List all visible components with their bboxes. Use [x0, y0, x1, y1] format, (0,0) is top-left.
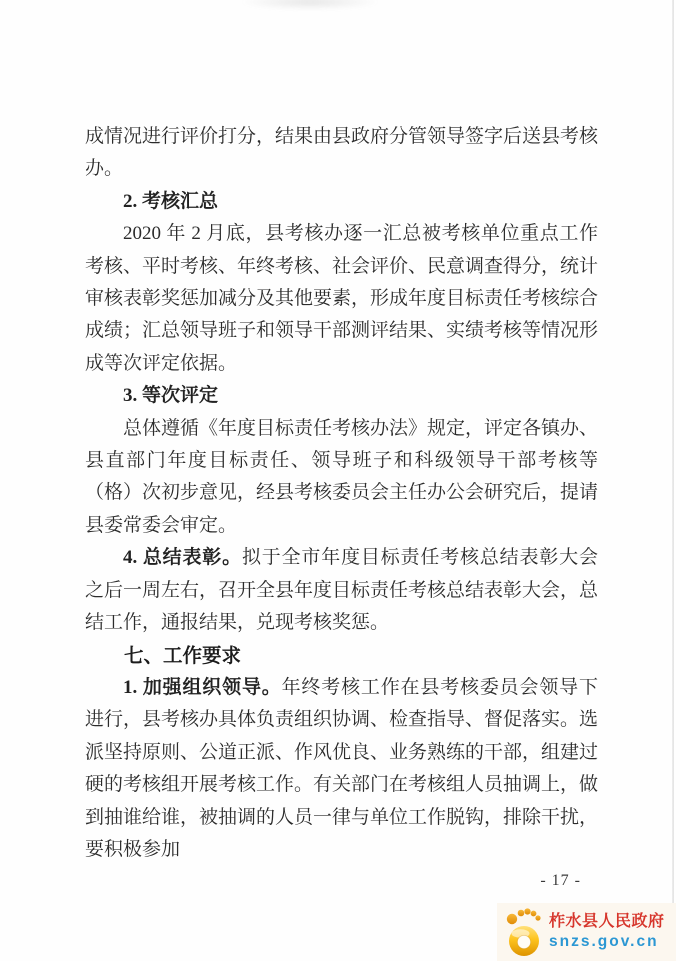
paragraph-continuation: 成情况进行评价打分，结果由县政府分管领导签字后送县考核办。: [85, 121, 598, 186]
heading-3-dengci-pingding: 3. 等次评定: [85, 380, 598, 412]
paragraph-summary-process: 2020 年 2 月底，县考核办逐一汇总被考核单位重点工作考核、平时考核、年终考…: [85, 218, 598, 380]
footprint-logo-icon: [501, 906, 545, 960]
government-website-url: snzs.gov.cn: [549, 932, 665, 952]
paragraph-strengthen-leadership: 1. 加强组织领导。年终考核工作在县考核委员会领导下进行，县考核办具体负责组织协…: [85, 672, 598, 866]
page-number: - 17 -: [540, 872, 581, 890]
government-site-watermark: 柞水县人民政府 snzs.gov.cn: [497, 903, 676, 961]
government-org-name: 柞水县人民政府: [549, 912, 665, 932]
paragraph-lead-4: 4. 总结表彰。: [123, 547, 242, 568]
paragraph-text-1: 年终考核工作在县考核委员会领导下进行，县考核办具体负责组织协调、检查指导、督促落…: [85, 677, 598, 860]
scan-artifact-edge-line: [672, 0, 674, 961]
paragraph-lead-1: 1. 加强组织领导。: [123, 677, 282, 698]
scanned-document-page: 成情况进行评价打分，结果由县政府分管领导签字后送县考核办。 2. 考核汇总 20…: [0, 0, 680, 961]
heading-2-kaohe-huizong: 2. 考核汇总: [85, 186, 598, 218]
heading-7-work-requirements: 七、工作要求: [85, 640, 598, 672]
watermark-text-group: 柞水县人民政府 snzs.gov.cn: [549, 912, 665, 952]
paragraph-summary-commendation: 4. 总结表彰。拟于全市年度目标责任考核总结表彰大会之后一周左右，召开全县年度目…: [85, 542, 598, 639]
document-body: 成情况进行评价打分，结果由县政府分管领导签字后送县考核办。 2. 考核汇总 20…: [85, 121, 598, 866]
scan-artifact-smudge: [240, 0, 380, 10]
paragraph-grade-evaluation: 总体遵循《年度目标责任考核办法》规定，评定各镇办、县直部门年度目标责任、领导班子…: [85, 413, 598, 543]
